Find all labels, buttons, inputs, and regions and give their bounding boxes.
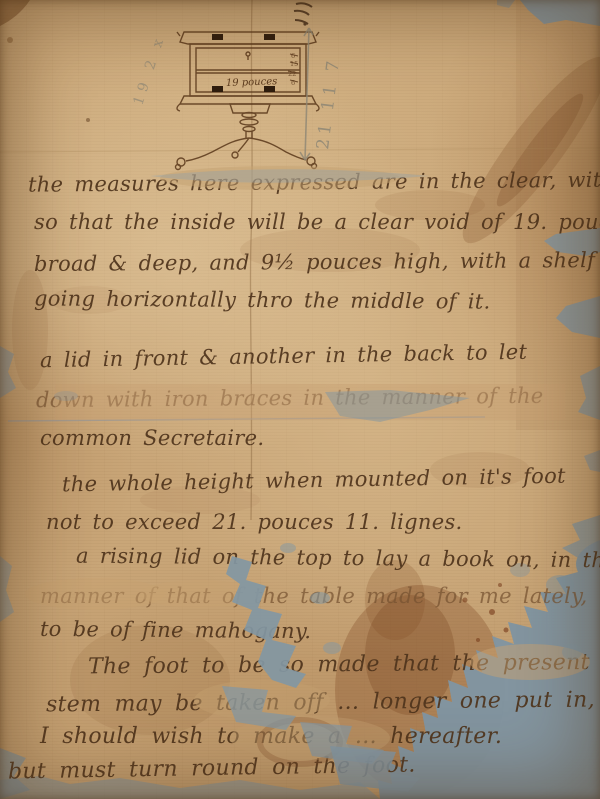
paper-damage-overlay [0,0,600,799]
fade-smears [25,166,590,764]
manuscript-page: 19 pouces 6 15 22 6 21 11 7 19 2 x the m… [0,0,600,799]
